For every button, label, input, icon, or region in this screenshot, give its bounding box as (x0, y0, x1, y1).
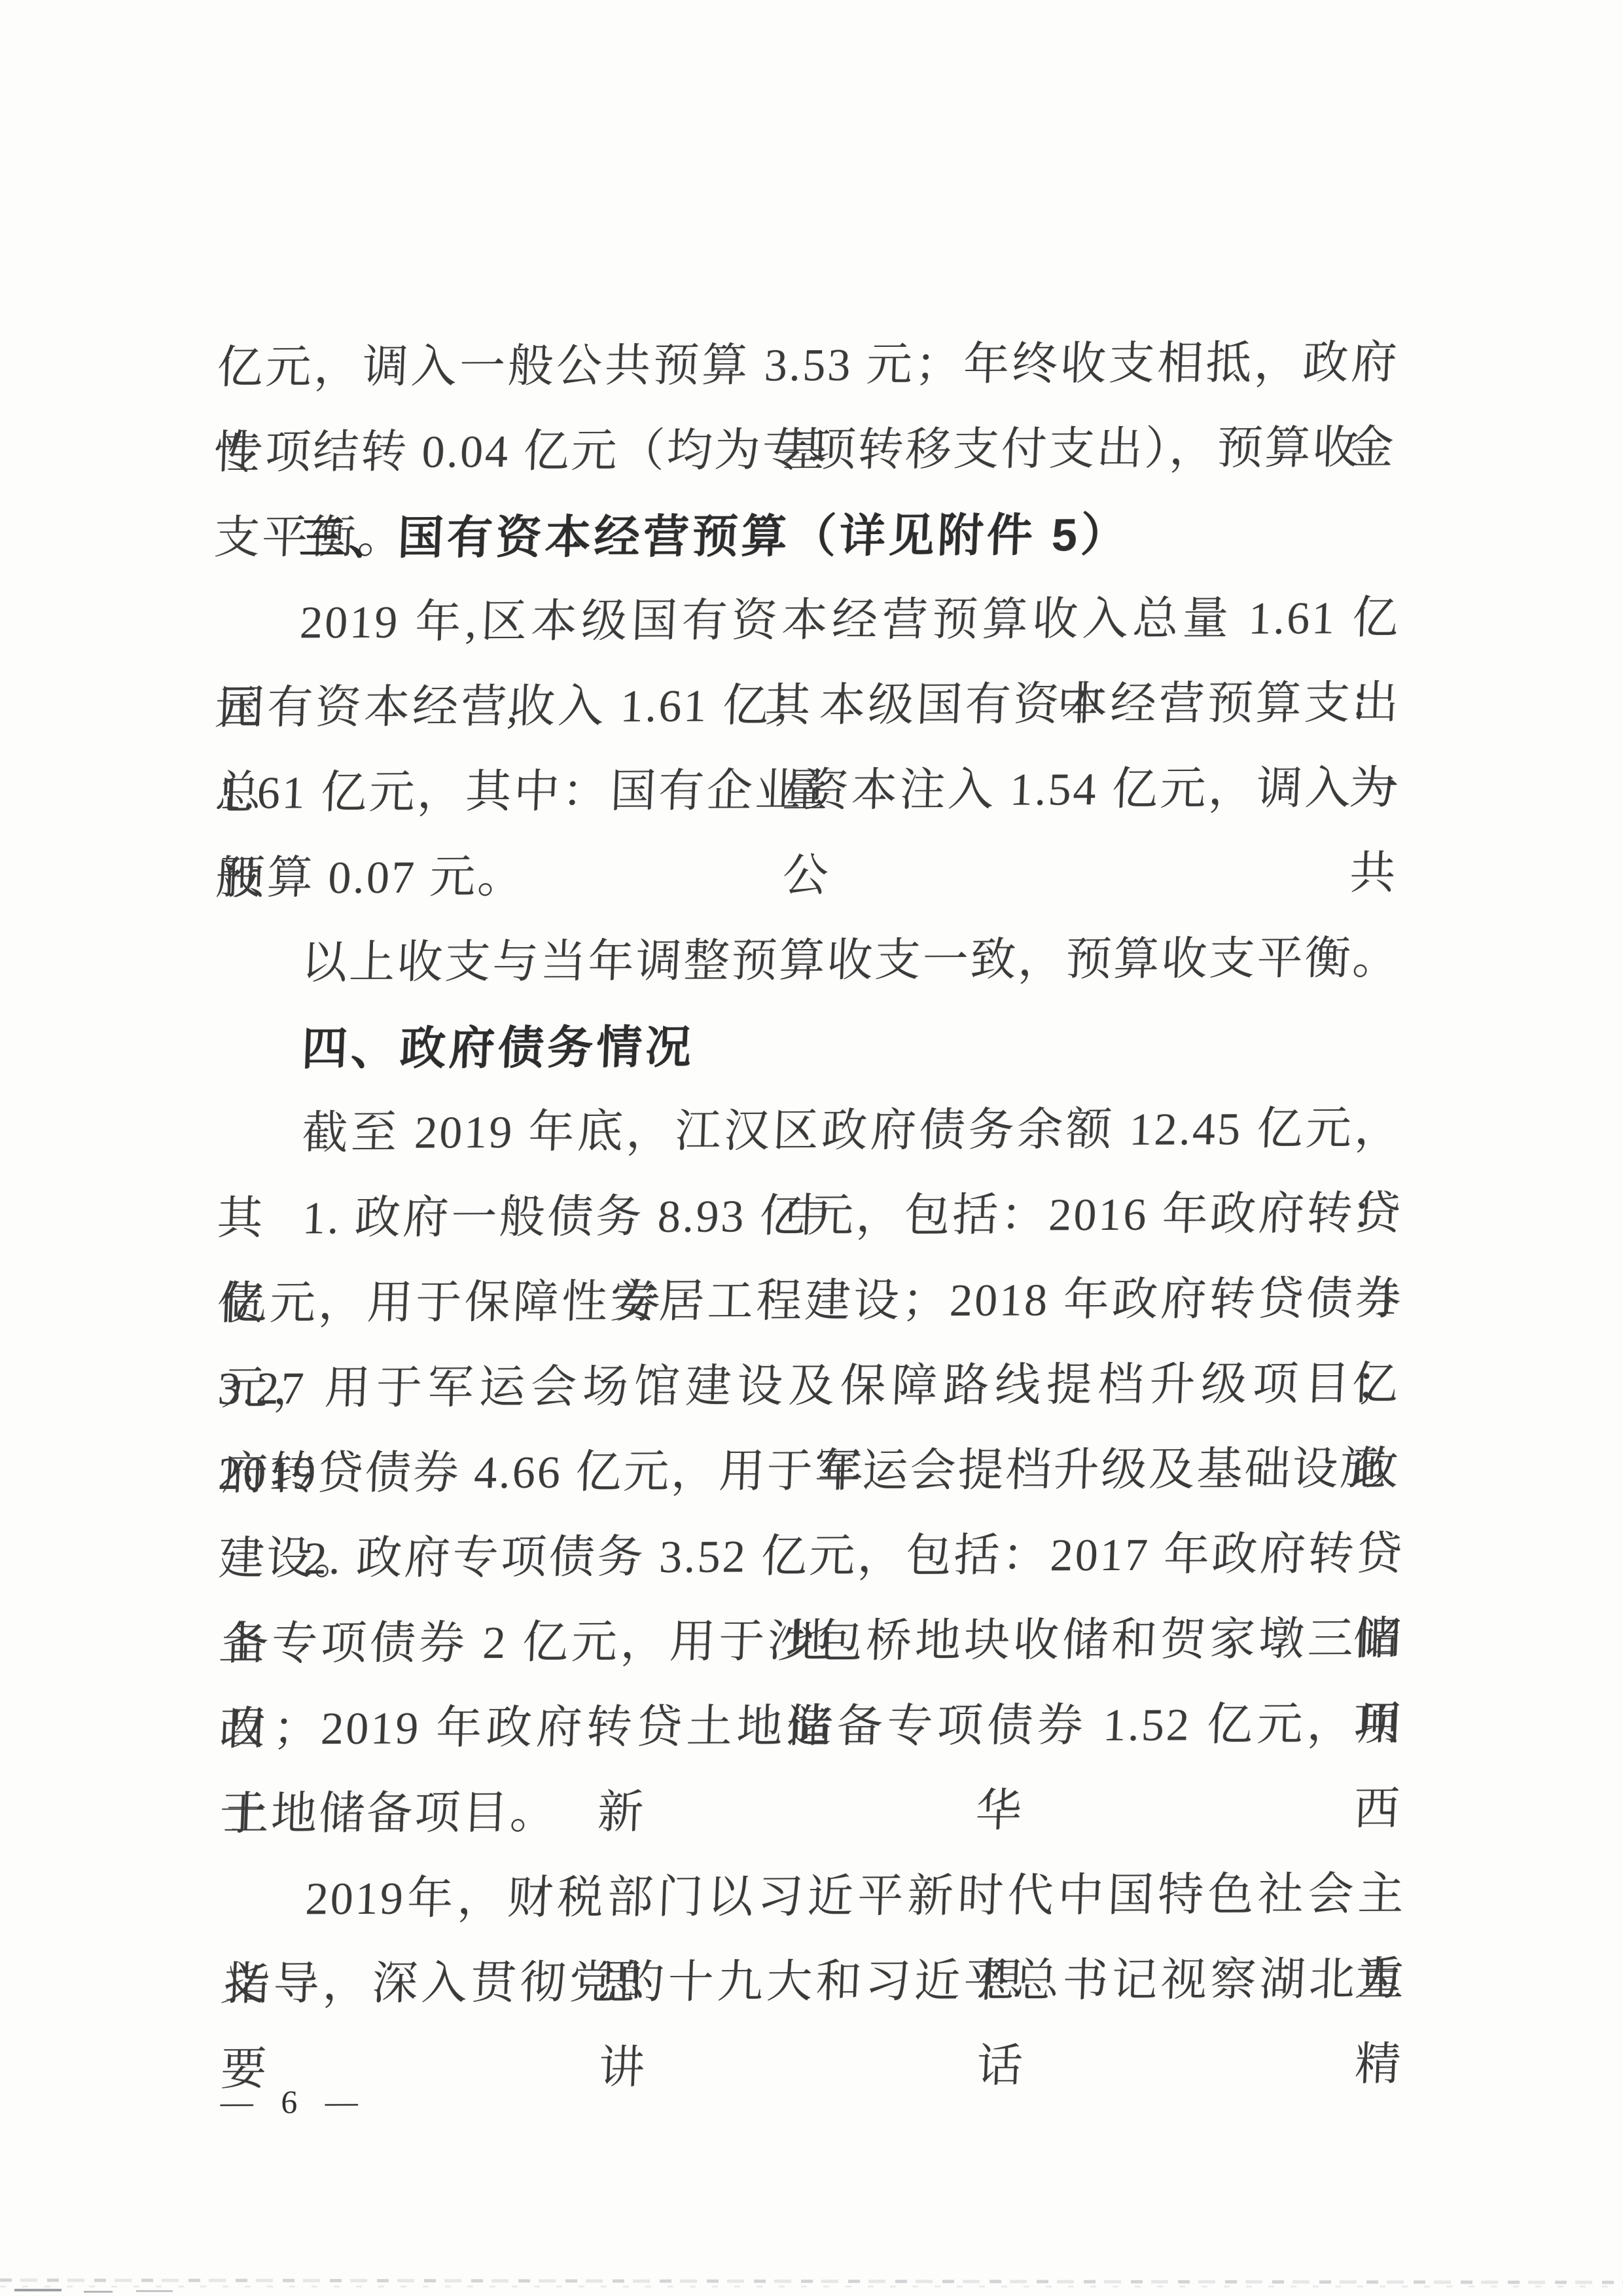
body-text-line: 以上收支与当年调整预算收支一致，预算收支平衡。 (218, 916, 1403, 1007)
body-text-line: 截至 2019 年底，江汉区政府债务余额 12.45 亿元，其中： (219, 1086, 1404, 1177)
body-text-line: 元，用于军运会场馆建设及保障路线提档升级项目；2019 年政 (220, 1342, 1405, 1432)
scan-artifact-speck (14, 2289, 62, 2291)
body-text-line: 1.61 亿元，其中：国有企业资本注入 1.54 亿元，调入一般公共 (217, 746, 1402, 836)
scanned-document-page: 亿元，调入一般公共预算 3.53 元；年终收支相抵，政府性基金专项结转 0.04… (0, 0, 1623, 2296)
body-text-line: 国有资本经营收入 1.61 亿；本级国有资本经营预算支出总量为 (217, 661, 1402, 751)
body-text-line: 专项结转 0.04 亿元（均为专项转移支付支出），预算收支平衡。 (216, 406, 1401, 496)
body-text-line: 指导，深入贯彻党的十九大和习近平总书记视察湖北重要讲话精 (223, 1937, 1408, 2028)
body-text-line: 2. 政府专项债务 3.52 亿元，包括：2017 年政府转贷土地储 (221, 1512, 1406, 1602)
body-text-line: 府转贷债券 4.66 亿元，用于军运会提档升级及基础设施建设。 (220, 1427, 1405, 1517)
body-text-line: 2019 年,区本级国有资本经营预算收入总量 1.61 亿元,其中： (217, 576, 1402, 666)
scan-artifact-line (0, 2278, 1623, 2284)
page-number: — 6 — (220, 2079, 365, 2125)
body-text-line: 亿元，用于保障性安居工程建设；2018 年政府转贷债券 3.27 亿 (219, 1257, 1404, 1347)
body-text-line: 备专项债券 2 亿元，用于沙包桥地块收储和贺家墩三旧改造项 (221, 1597, 1406, 1687)
body-text-line: 亿元，调入一般公共预算 3.53 元；年终收支相抵，政府性基金 (215, 321, 1400, 411)
scan-artifact-line-2 (0, 2286, 1623, 2287)
section-heading: 三、国有资本经营预算（详见附件 5） (216, 491, 1401, 581)
scan-artifact-speck (136, 2290, 173, 2292)
body-text-line: 土地储备项目。 (222, 1767, 1407, 1857)
body-text-line: 预算 0.07 元。 (217, 831, 1402, 922)
document-body: 亿元，调入一般公共预算 3.53 元；年终收支相抵，政府性基金专项结转 0.04… (217, 321, 1406, 2028)
body-text-line: 目；2019 年政府转贷土地储备专项债券 1.52 亿元，用于新华西 (221, 1682, 1406, 1772)
body-text-line: 2019年，财税部门以习近平新时代中国特色社会主义思想为 (222, 1852, 1407, 1943)
scan-artifact-speck (84, 2291, 113, 2293)
section-heading: 四、政府债务情况 (219, 1001, 1404, 1092)
body-text-line: 1. 政府一般债务 8.93 亿元，包括：2016 年政府转贷债券 1 (219, 1172, 1404, 1262)
